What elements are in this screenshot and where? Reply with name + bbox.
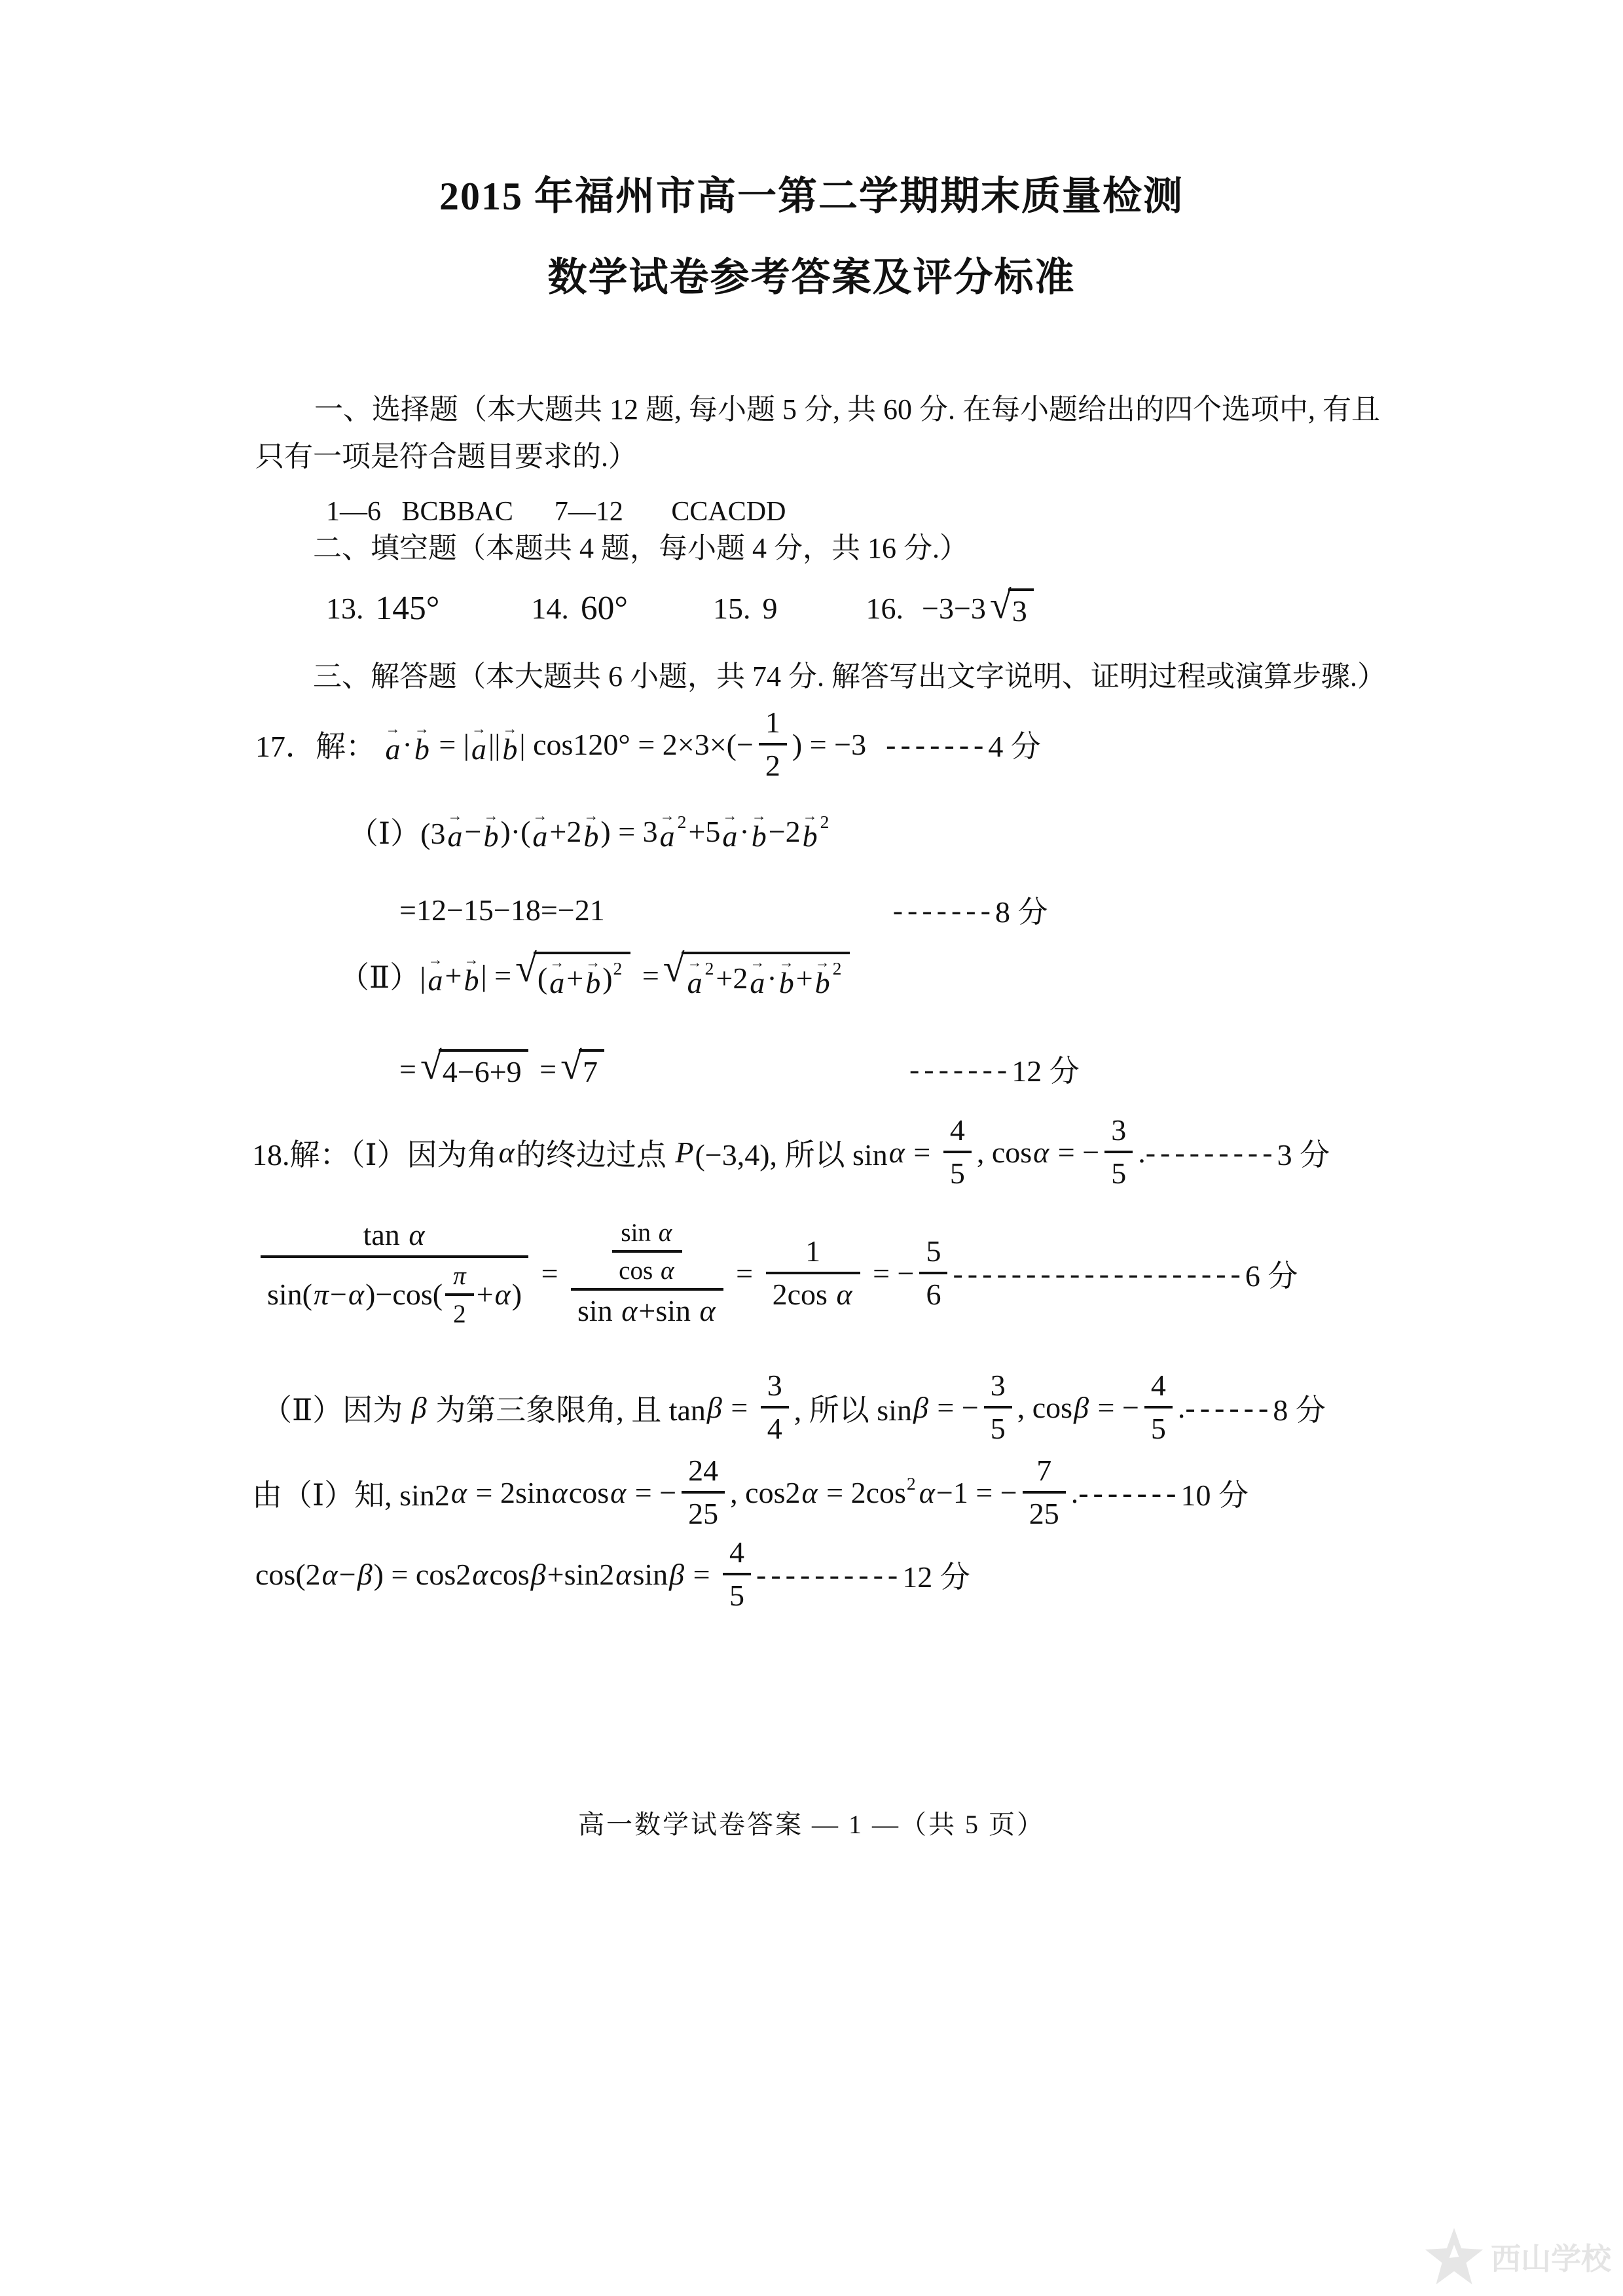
q18-part1-fraction: tan αsin(π−α)−cos(π2+α) = sin αcos αsin …	[255, 1190, 1298, 1357]
math-var: α	[889, 1135, 905, 1170]
fraction-denominator: 25	[682, 1494, 725, 1531]
fraction-denominator: cos α	[612, 1253, 682, 1285]
fraction-numerator: 3	[1104, 1114, 1133, 1153]
math-text: ---------	[1146, 1135, 1277, 1170]
math-text: 3	[1111, 1114, 1126, 1147]
math-var: α	[552, 1475, 568, 1510]
math-var: β	[913, 1390, 928, 1425]
math-text: -------	[1078, 1475, 1180, 1510]
math-text: +2	[716, 961, 748, 996]
fraction-numerator: tan α	[261, 1219, 528, 1258]
math-text: ----------	[756, 1557, 902, 1592]
math-text: cos	[489, 1557, 529, 1592]
math-var: a	[549, 967, 564, 999]
radicand: (→a+→b)2	[534, 952, 630, 999]
math-var: a	[428, 965, 443, 996]
math-text: 8 分	[995, 888, 1048, 931]
math-text: = −	[1090, 1390, 1139, 1425]
math-vector: →b	[752, 810, 767, 853]
math-text: sin	[577, 1295, 620, 1328]
fraction-numerator: 1	[766, 1235, 860, 1274]
blank-section-header: 二、填空题（本题共 4 题，每小题 4 分，共 16 分.）	[313, 529, 968, 568]
math-text: sin(	[267, 1278, 312, 1312]
watermark-star-icon	[1424, 2227, 1484, 2287]
radicand: 7	[579, 1049, 604, 1089]
math-var: b	[502, 734, 517, 765]
math-text: -------	[886, 727, 988, 762]
math-fraction: 12	[759, 706, 787, 782]
math-text: 13.	[326, 591, 364, 626]
math-fraction: 35	[984, 1369, 1012, 1445]
fraction-numerator: sin α	[612, 1219, 682, 1253]
math-text: ) = −3	[792, 727, 866, 762]
math-text: +	[477, 1278, 494, 1312]
q18-part2-step2: 由（Ⅰ）知, sin2α = 2sinαcosα = −2425, cos2α …	[252, 1452, 1249, 1534]
fraction-denominator: 6	[919, 1274, 947, 1312]
math-sqrt: √→a2+2→a·→b+→b2	[663, 952, 850, 999]
math-fraction: 2425	[682, 1454, 725, 1530]
math-vector: →a	[448, 810, 463, 853]
math-text: 5	[1111, 1157, 1126, 1191]
math-var: α	[499, 1135, 515, 1170]
page-footer: 高一数学试卷答案 — 1 —（共 5 页）	[0, 1804, 1623, 1841]
fraction-numerator: sin αcos α	[571, 1219, 723, 1291]
math-text: =12−15−18=−21	[399, 893, 605, 927]
fraction-numerator: π	[445, 1262, 474, 1296]
math-var: a	[660, 821, 675, 852]
math-text: 2cos	[773, 1278, 835, 1312]
math-var: π	[453, 1262, 466, 1290]
math-superscript: 2	[613, 958, 623, 979]
math-var: a	[471, 734, 486, 765]
math-text: 4 分	[988, 723, 1041, 766]
fraction-numerator: 4	[943, 1114, 972, 1153]
math-text: 24	[688, 1454, 718, 1488]
solution-section-header: 三、解答题（本大题共 6 小题，共 74 分. 解答写出文字说明、证明过程或演算…	[313, 657, 1386, 696]
fraction-numerator: 3	[761, 1369, 789, 1408]
math-fraction: 45	[943, 1114, 972, 1190]
fraction-numerator: 24	[682, 1454, 725, 1494]
math-text: = −	[1050, 1135, 1099, 1170]
math-text: （Ⅱ）因为	[262, 1386, 410, 1429]
math-text: 5	[950, 1157, 965, 1191]
exam-answer-page: 2015 年福州市高一第二学期期末质量检测 数学试卷参考答案及评分标准 一、选择…	[0, 0, 1623, 2296]
math-var: β	[1074, 1390, 1089, 1425]
math-var: α	[615, 1557, 631, 1592]
math-superscript: 2	[820, 812, 830, 833]
math-var: α	[322, 1557, 338, 1592]
math-text: =	[685, 1557, 718, 1592]
math-fraction: 725	[1023, 1454, 1066, 1530]
math-text: ) = 3	[600, 814, 657, 849]
math-vector: →b	[585, 957, 600, 999]
fraction-denominator: 5	[943, 1153, 972, 1191]
math-text: 12 分	[902, 1553, 970, 1596]
math-superscript: 2	[907, 1473, 916, 1494]
math-text: 15.	[713, 591, 751, 626]
math-text: 4	[1151, 1369, 1166, 1403]
math-sqrt: √7	[560, 1049, 604, 1089]
math-text: 3	[1012, 594, 1027, 628]
math-text: , 所以 sin	[794, 1386, 912, 1429]
math-gap	[364, 608, 376, 609]
math-vector: →b	[483, 810, 498, 853]
math-var: b	[414, 734, 429, 765]
math-text: cos	[619, 1257, 659, 1285]
fraction-denominator: 2	[759, 745, 787, 783]
math-text: sin	[632, 1557, 668, 1592]
watermark: 西山学校	[1424, 2227, 1611, 2287]
math-text: 7	[1036, 1454, 1051, 1488]
math-var: b	[752, 821, 767, 852]
math-var: α	[348, 1278, 364, 1312]
math-var: a	[687, 967, 702, 999]
fraction-denominator: sin(π−α)−cos(π2+α)	[261, 1258, 528, 1328]
math-text: -------	[893, 893, 995, 927]
math-text: cos(2	[255, 1557, 321, 1592]
fraction-denominator: 4	[761, 1408, 789, 1446]
math-text: +	[445, 958, 462, 993]
math-text: −3−3	[922, 591, 986, 626]
math-fraction: 56	[919, 1235, 947, 1311]
math-text: =	[399, 1052, 416, 1086]
doc-title-line1: 2015 年福州市高一第二学期期末质量检测	[0, 165, 1623, 221]
math-var: α	[1033, 1135, 1049, 1170]
choice-section-header-line2: 只有一项是符合题目要求的.）	[255, 437, 637, 476]
math-text: )	[602, 961, 612, 996]
math-gap	[866, 744, 886, 745]
fraction-denominator: 5	[1144, 1408, 1173, 1446]
math-text: 25	[1029, 1498, 1059, 1531]
q18-part2-step1: （Ⅱ）因为 β 为第三象限角, 且 tanβ = 34, 所以 sinβ = −…	[262, 1367, 1326, 1448]
math-text: 4	[767, 1412, 782, 1446]
math-text: , cos	[1017, 1390, 1072, 1425]
fraction-numerator: 7	[1023, 1454, 1066, 1494]
math-fraction: sin αcos α	[612, 1219, 682, 1285]
math-text: 145°	[376, 589, 440, 628]
fraction-denominator: 2	[445, 1296, 474, 1328]
math-text: = 2sin	[468, 1475, 551, 1510]
math-vector: →b	[779, 957, 794, 999]
math-vector: →a	[687, 957, 702, 999]
math-text: =	[532, 1052, 556, 1086]
math-text: 2	[765, 749, 780, 783]
math-text: 5	[729, 1579, 744, 1613]
math-vector: →a	[428, 954, 443, 997]
math-text: 6 分	[1245, 1252, 1298, 1295]
math-fraction: 35	[1104, 1114, 1133, 1190]
radicand: 3	[1008, 588, 1034, 628]
math-var: b	[779, 967, 794, 999]
blank-answers: 13.145°14.60°15.916.−3−3√3	[326, 577, 1038, 639]
math-text: 25	[688, 1498, 718, 1531]
math-text: 9	[763, 591, 778, 626]
math-text: +	[566, 961, 583, 996]
q18-part2-result: cos(2α−β) = cos2αcosβ+sin2αsinβ = 45----…	[255, 1537, 970, 1612]
q17-step1: 17．解： →a·→b = |→a||→b| cos120° = 2×3×(−1…	[255, 695, 1041, 793]
math-text: .	[1138, 1135, 1146, 1170]
math-var: β	[357, 1557, 373, 1592]
math-fraction: 12cos α	[766, 1235, 860, 1311]
math-var: P	[675, 1135, 693, 1170]
math-text: ·	[767, 961, 776, 996]
math-text: 17．解：	[255, 723, 384, 766]
math-text: +5	[688, 814, 720, 849]
math-var: α	[802, 1475, 818, 1510]
radicand: →a2+2→a·→b+→b2	[682, 952, 850, 999]
q17-part2-result: =√4−6+9 =√7-------12 分	[399, 1036, 1080, 1102]
math-text: =	[634, 958, 659, 993]
math-var: α	[661, 1257, 674, 1285]
math-vector: →a	[471, 723, 486, 766]
math-text: .	[1071, 1475, 1079, 1510]
math-var: α	[919, 1475, 935, 1510]
math-text: +sin2	[547, 1557, 615, 1592]
math-text: .	[1178, 1390, 1186, 1425]
math-text: = |	[431, 727, 469, 762]
math-var: α	[451, 1475, 467, 1510]
math-text: ·	[403, 727, 412, 762]
math-sqrt: √(→a+→b)2	[515, 952, 630, 999]
math-text: --------------------	[953, 1256, 1245, 1291]
math-superscript: 2	[678, 812, 687, 833]
math-var: a	[532, 821, 547, 852]
math-text: =	[534, 1256, 566, 1291]
fraction-denominator: sin α+sin α	[571, 1291, 723, 1328]
math-text: ) = cos2	[374, 1557, 471, 1592]
math-sqrt: √4−6+9	[420, 1049, 528, 1089]
math-vector: →a	[386, 723, 401, 766]
math-text: −	[465, 814, 482, 849]
choice-answers: 1—6 BCBBAC 7—12 CCACDD	[326, 492, 786, 531]
math-var: b	[585, 967, 600, 999]
math-text: 3	[767, 1369, 782, 1403]
math-vector: →a	[532, 810, 547, 853]
q17-part2-expansion: （Ⅱ）|→a+→b| =√(→a+→b)2 =√→a2+2→a·→b+→b2	[339, 929, 854, 1021]
math-vector: →a	[549, 957, 564, 999]
math-text: 16.	[866, 591, 904, 626]
math-text: 4	[950, 1114, 965, 1147]
math-var: α	[409, 1219, 424, 1252]
math-var: α	[621, 1295, 637, 1328]
fraction-denominator: 5	[1104, 1153, 1133, 1191]
math-text: 的终边过点	[516, 1131, 674, 1174]
math-var: α	[659, 1219, 672, 1247]
math-text: tan	[363, 1219, 408, 1252]
fraction-denominator: 2cos α	[766, 1274, 860, 1312]
math-vector: →b	[464, 954, 479, 997]
fraction-numerator: 5	[919, 1235, 947, 1274]
math-text: | cos120° = 2×3×(−	[519, 727, 754, 762]
math-gap	[778, 608, 866, 609]
math-vector: →a	[750, 957, 765, 999]
math-vector: →b	[583, 810, 598, 853]
math-var: π	[314, 1278, 329, 1312]
watermark-text: 西山学校	[1491, 2235, 1611, 2278]
math-gap	[608, 1069, 909, 1069]
math-text: 12 分	[1012, 1047, 1080, 1090]
math-var: a	[386, 734, 401, 765]
math-var: β	[531, 1557, 546, 1592]
fraction-numerator: 3	[984, 1369, 1012, 1408]
math-var: a	[750, 967, 765, 999]
math-text: =	[729, 1256, 761, 1291]
math-gap	[605, 910, 893, 910]
math-text: = −	[627, 1475, 676, 1510]
math-text: （Ⅰ）(3	[348, 810, 446, 853]
math-text: 2	[453, 1300, 466, 1328]
math-superscript: 2	[705, 958, 714, 979]
doc-title-line2: 数学试卷参考答案及评分标准	[0, 246, 1623, 302]
math-text: −2	[769, 814, 801, 849]
math-text: 60°	[581, 589, 628, 628]
math-text: 为第三象限角, 且 tan	[428, 1386, 706, 1429]
math-text: =	[906, 1135, 938, 1170]
math-text: = −	[930, 1390, 979, 1425]
math-var: b	[483, 821, 498, 852]
math-gap	[439, 608, 531, 609]
math-text: −	[339, 1557, 356, 1592]
math-var: b	[583, 821, 598, 852]
math-text: 5	[926, 1235, 941, 1268]
math-gap	[903, 608, 922, 609]
math-text: +	[796, 961, 813, 996]
math-text: sin	[621, 1219, 657, 1247]
math-fraction: 45	[1144, 1369, 1173, 1445]
math-text: 由（Ⅰ）知, sin2	[252, 1471, 450, 1515]
math-vector: →b	[414, 723, 429, 766]
math-text: （Ⅱ）|	[339, 954, 426, 997]
math-vector: →b	[502, 723, 517, 766]
math-text: -------	[909, 1052, 1012, 1086]
math-vector: →a	[660, 810, 675, 853]
math-fraction: sin αcos αsin α+sin α	[571, 1219, 723, 1328]
math-gap	[751, 608, 763, 609]
math-text: )·(	[500, 814, 530, 849]
math-text: 7	[583, 1054, 598, 1089]
math-text: 3	[991, 1369, 1006, 1403]
math-text: 18.解：（Ⅰ）因为角	[252, 1131, 498, 1174]
math-text: = −	[866, 1256, 915, 1291]
choice-section-header-line1: 一、选择题（本大题共 12 题, 每小题 5 分, 共 60 分. 在每小题给出…	[314, 390, 1380, 429]
math-fraction: tan αsin(π−α)−cos(π2+α)	[261, 1219, 528, 1328]
math-text: (−3,4), 所以 sin	[695, 1131, 887, 1174]
math-var: β	[412, 1390, 427, 1425]
math-var: α	[836, 1278, 852, 1312]
math-var: α	[472, 1557, 488, 1592]
math-text: , cos2	[730, 1475, 800, 1510]
q17-part1-expansion: （Ⅰ）(3→a−→b)·(→a+2→b) = 3→a2+5→a·→b−2→b2	[348, 795, 831, 867]
fraction-denominator: 5	[984, 1408, 1012, 1446]
math-text: )	[512, 1278, 522, 1312]
math-vector: →b	[815, 957, 830, 999]
math-text: ------	[1185, 1390, 1273, 1425]
math-vector: →b	[803, 810, 818, 853]
math-var: a	[722, 821, 737, 852]
q18-part1-step1: 18.解：（Ⅰ）因为角α的终边过点 P(−3,4), 所以 sinα = 45,…	[252, 1111, 1330, 1193]
math-text: ·	[739, 814, 749, 849]
math-text: )−cos(	[365, 1278, 443, 1312]
math-text: 8 分	[1273, 1386, 1326, 1429]
math-fraction: 34	[761, 1369, 789, 1445]
math-text: 5	[991, 1412, 1006, 1446]
math-fraction: 45	[723, 1536, 751, 1612]
q17-part1-result: =12−15−18=−21-------8 分	[399, 884, 1048, 936]
fraction-denominator: 25	[1023, 1494, 1066, 1531]
math-text: 1	[805, 1235, 820, 1268]
math-text: = 2cos	[819, 1475, 906, 1510]
math-var: a	[448, 821, 463, 852]
math-text: 5	[1151, 1412, 1166, 1446]
math-text: +2	[549, 814, 581, 849]
math-text: 10 分	[1180, 1471, 1249, 1515]
math-text: 1	[765, 706, 780, 740]
math-text: | =	[481, 958, 511, 993]
math-var: α	[495, 1278, 511, 1312]
fraction-numerator: 4	[1144, 1369, 1173, 1408]
math-text: −	[330, 1278, 347, 1312]
math-var: β	[707, 1390, 722, 1425]
math-gap	[628, 608, 713, 609]
math-text: −1 = −	[936, 1475, 1017, 1510]
fraction-denominator: 5	[723, 1575, 751, 1613]
math-var: b	[464, 965, 479, 996]
math-text: 4−6+9	[443, 1054, 522, 1089]
math-var: b	[803, 821, 818, 852]
math-text: +sin	[638, 1295, 698, 1328]
math-var: α	[610, 1475, 626, 1510]
math-var: b	[815, 967, 830, 999]
math-superscript: 2	[833, 958, 842, 979]
math-text: (	[538, 961, 547, 996]
math-sqrt: √3	[990, 588, 1034, 628]
math-text: cos	[569, 1475, 609, 1510]
math-text: , cos	[977, 1135, 1032, 1170]
math-text: ||	[488, 727, 500, 762]
math-text: 4	[729, 1536, 744, 1570]
fraction-numerator: 1	[759, 706, 787, 745]
math-text: 14.	[531, 591, 569, 626]
math-var: β	[669, 1557, 684, 1592]
math-text: =	[723, 1390, 756, 1425]
math-text: 3 分	[1277, 1131, 1330, 1174]
math-gap	[569, 608, 581, 609]
math-var: α	[700, 1295, 716, 1328]
math-vector: →a	[722, 810, 737, 853]
fraction-numerator: 4	[723, 1536, 751, 1575]
math-fraction: π2	[445, 1262, 474, 1328]
math-text: 6	[926, 1278, 941, 1312]
radicand: 4−6+9	[439, 1049, 528, 1089]
